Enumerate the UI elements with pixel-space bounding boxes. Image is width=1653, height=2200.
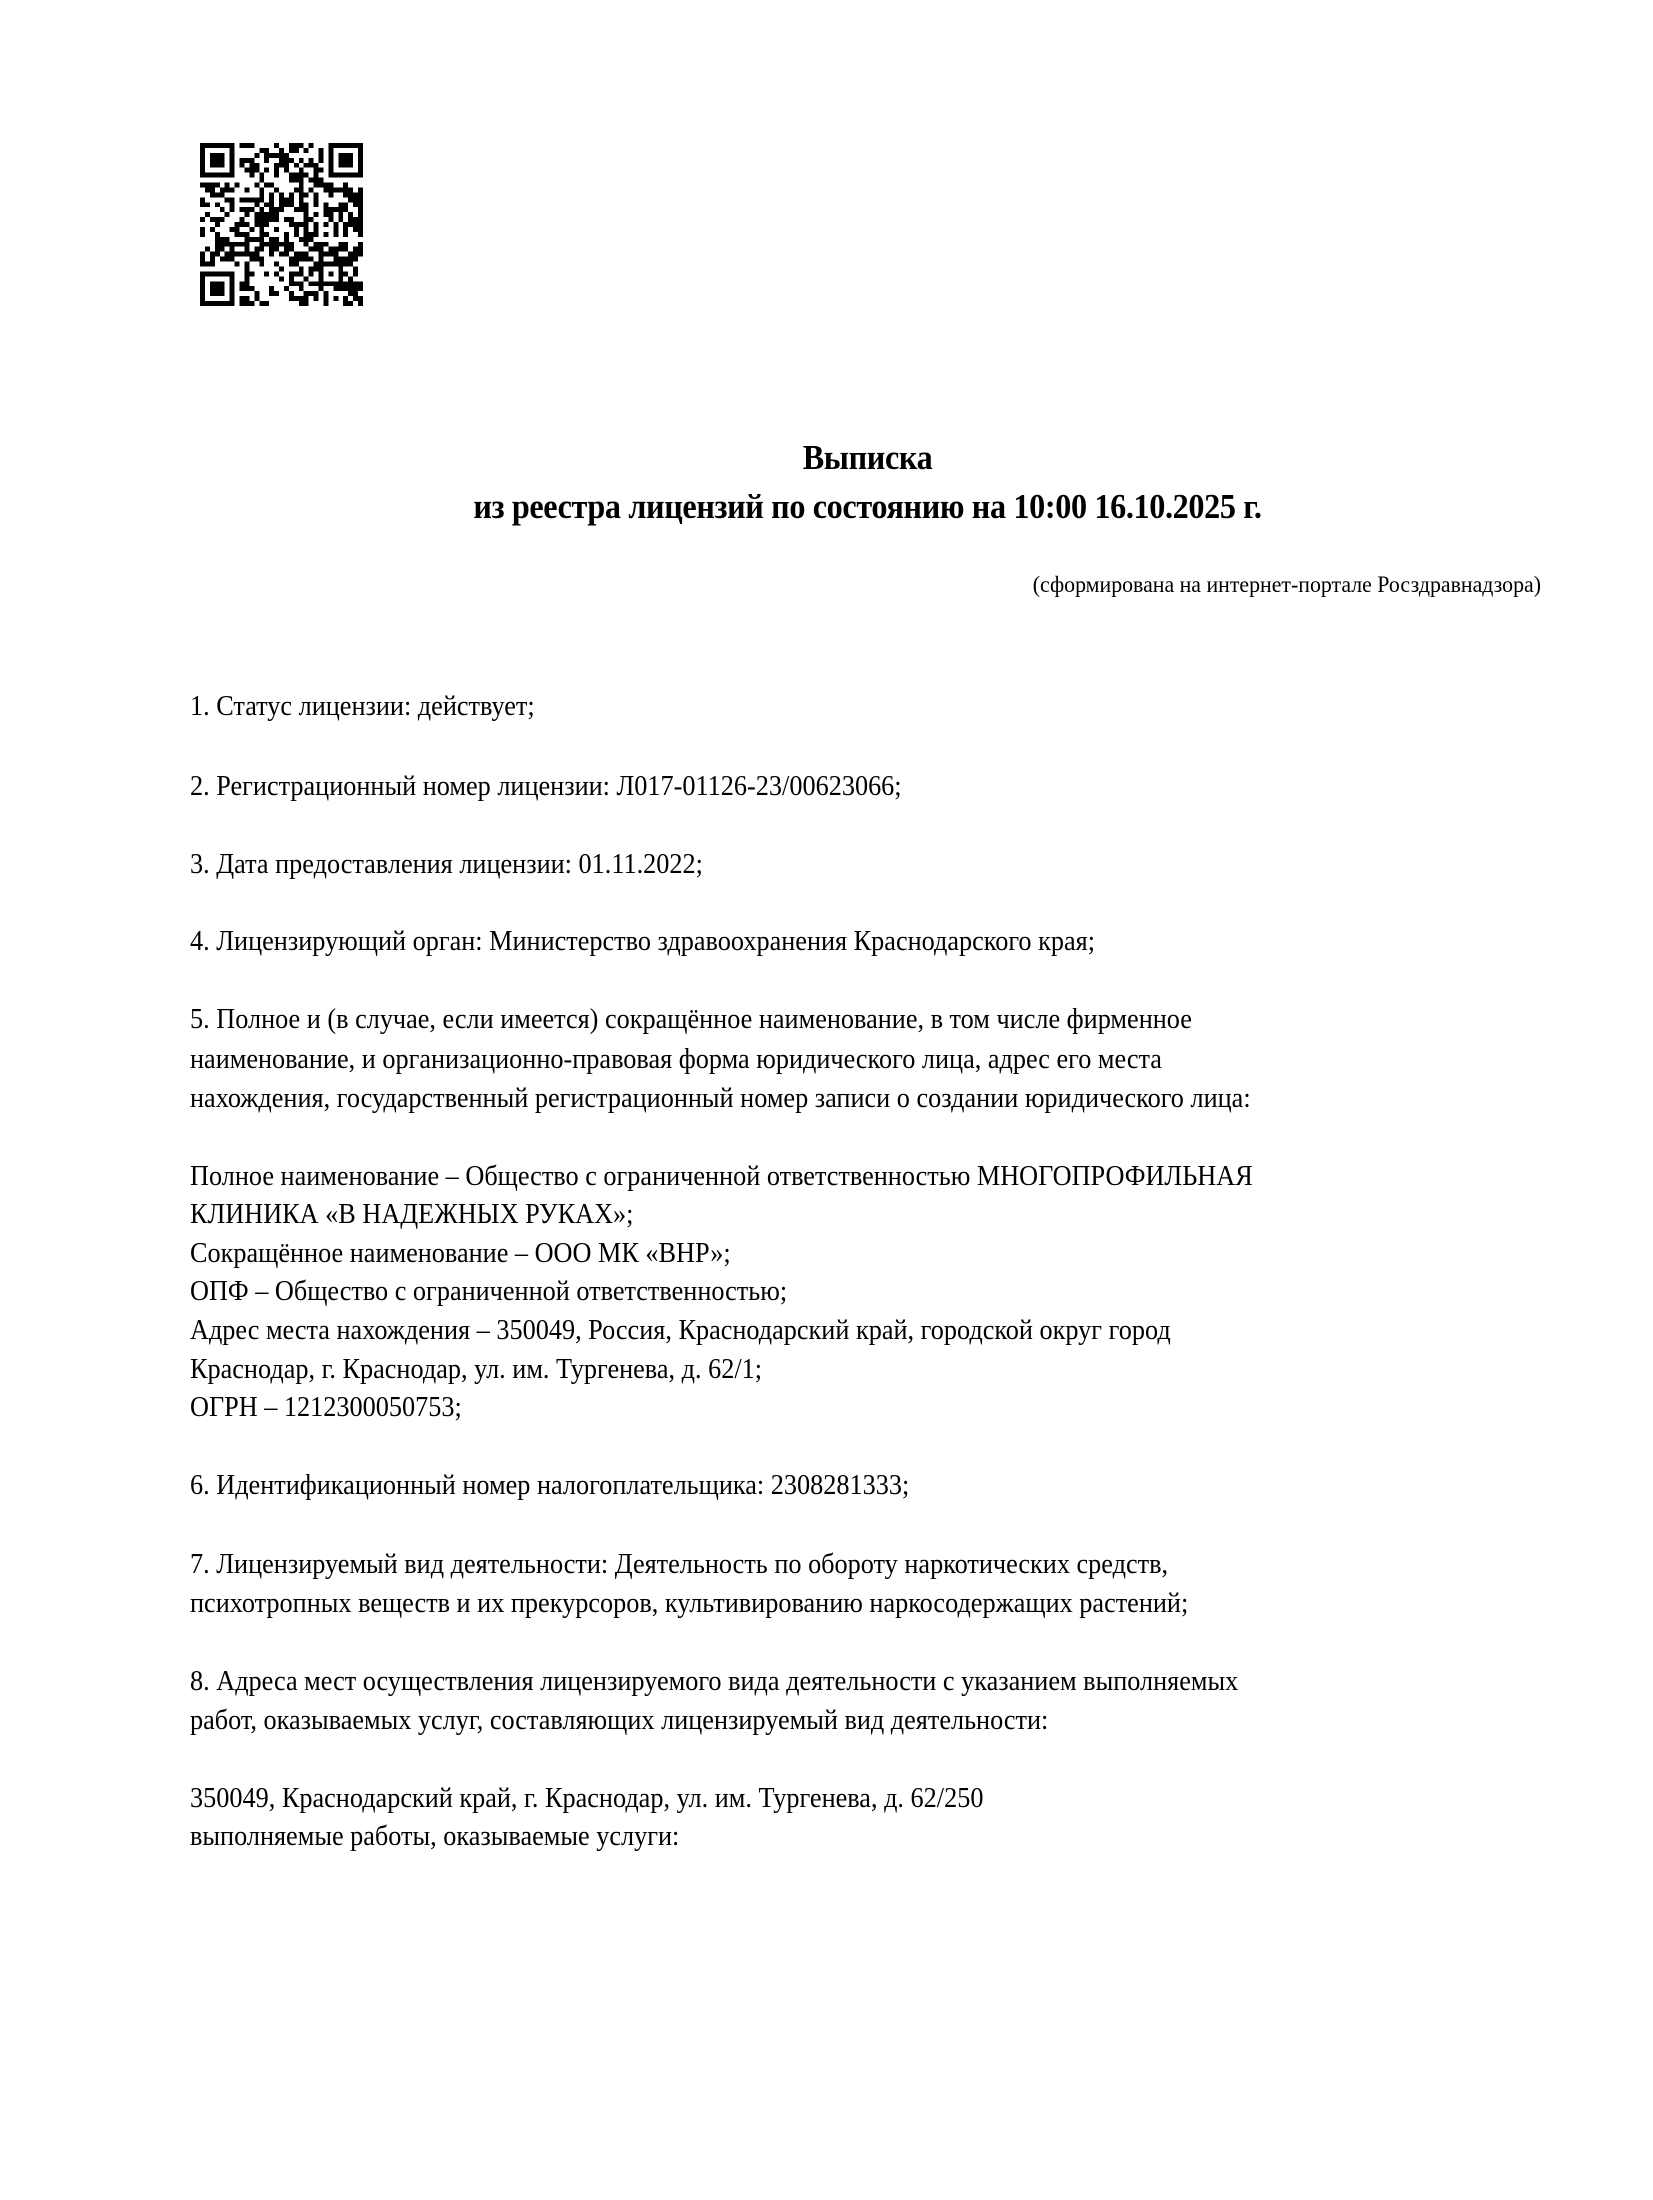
licensed-activity-line: психотропных веществ и их прекурсоров, к… [190,1585,1188,1621]
generated-note: (сформирована на интернет-портале Росздр… [1033,570,1541,600]
document-subtitle: из реестра лицензий по состоянию на 10:0… [107,485,1628,529]
qr-code-icon[interactable] [200,143,363,306]
entity-legal-form: ОПФ – Общество с ограниченной ответствен… [190,1273,787,1309]
entity-full-name-cont: КЛИНИКА «В НАДЕЖНЫХ РУКАХ»; [190,1196,633,1232]
entity-full-name: Полное наименование – Общество с огранич… [190,1158,1253,1194]
licensed-activity-line: 7. Лицензируемый вид деятельности: Деяте… [190,1546,1168,1582]
name-heading-line: наименование, и организационно-правовая … [190,1041,1162,1077]
entity-inn: 6. Идентификационный номер налогоплатель… [190,1467,909,1503]
entity-short-name: Сокращённое наименование – ООО МК «ВНР»; [190,1235,731,1271]
addresses-heading-line: работ, оказываемых услуг, составляющих л… [190,1702,1048,1738]
license-issue-date: 3. Дата предоставления лицензии: 01.11.2… [190,846,703,882]
entity-address-cont: Краснодар, г. Краснодар, ул. им. Тургене… [190,1351,762,1387]
license-status: 1. Статус лицензии: действует; [190,688,535,724]
name-heading-line: 5. Полное и (в случае, если имеется) сок… [190,1001,1192,1037]
addresses-heading-line: 8. Адреса мест осуществления лицензируем… [190,1663,1238,1699]
name-heading-line: нахождения, государственный регистрацион… [190,1080,1251,1116]
licensing-body: 4. Лицензирующий орган: Министерство здр… [190,923,1095,959]
license-reg-number: 2. Регистрационный номер лицензии: Л017-… [190,768,902,804]
activity-services-label: выполняемые работы, оказываемые услуги: [190,1818,679,1854]
entity-address: Адрес места нахождения – 350049, Россия,… [190,1312,1171,1348]
entity-ogrn: ОГРН – 1212300050753; [190,1389,462,1425]
activity-address: 350049, Краснодарский край, г. Краснодар… [190,1780,983,1816]
document-title: Выписка [107,436,1628,480]
document-page: Выписка из реестра лицензий по состоянию… [0,0,1653,2200]
